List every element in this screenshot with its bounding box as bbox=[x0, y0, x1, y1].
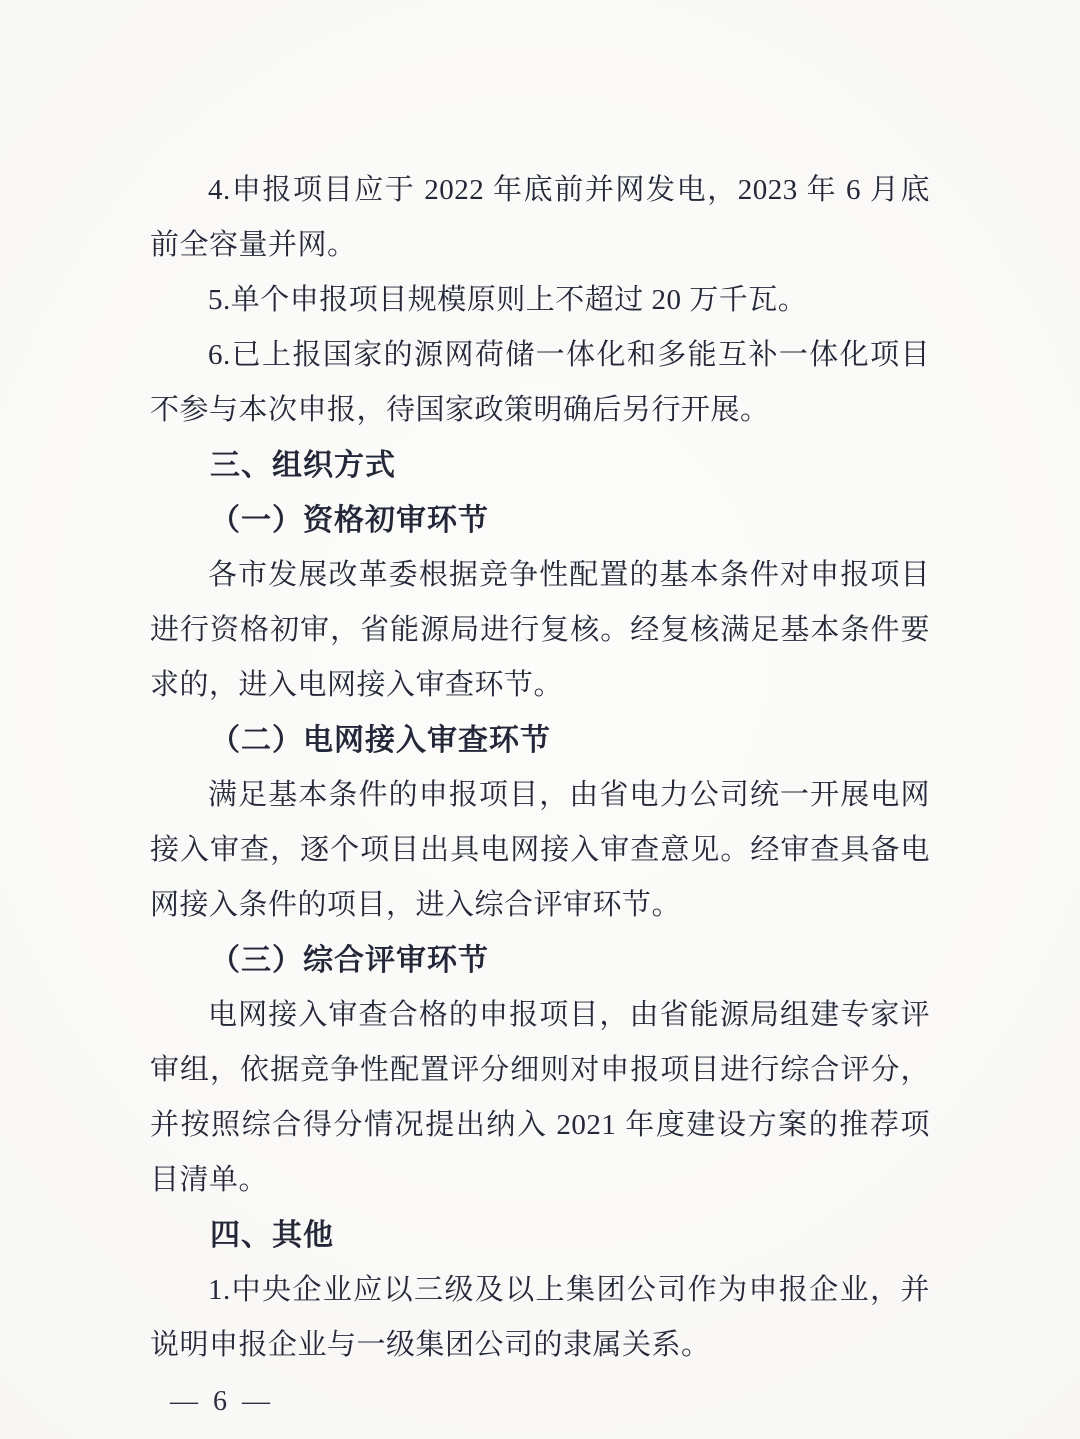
subsection-heading-1-qualification-review: （一）资格初审环节 bbox=[150, 493, 930, 548]
paragraph-item-5: 5.单个申报项目规模原则上不超过 20 万千瓦。 bbox=[150, 273, 930, 328]
section-heading-3-organization: 三、组织方式 bbox=[150, 438, 930, 493]
paragraph-qualification-review: 各市发展改革委根据竞争性配置的基本条件对申报项目进行资格初审，省能源局进行复核。… bbox=[150, 548, 930, 713]
paragraph-item-4: 4.申报项目应于 2022 年底前并网发电，2023 年 6 月底前全容量并网。 bbox=[150, 163, 930, 273]
page-body: 4.申报项目应于 2022 年底前并网发电，2023 年 6 月底前全容量并网。… bbox=[0, 0, 1080, 1419]
paragraph-central-enterprises: 1.中央企业应以三级及以上集团公司作为申报企业，并说明申报企业与一级集团公司的隶… bbox=[150, 1263, 930, 1373]
document-page: 4.申报项目应于 2022 年底前并网发电，2023 年 6 月底前全容量并网。… bbox=[0, 0, 1080, 1439]
subsection-heading-3-comprehensive-evaluation: （三）综合评审环节 bbox=[150, 933, 930, 988]
page-number: — 6 — bbox=[150, 1385, 930, 1419]
paragraph-comprehensive-evaluation: 电网接入审查合格的申报项目，由省能源局组建专家评审组，依据竞争性配置评分细则对申… bbox=[150, 988, 930, 1208]
paragraph-item-6: 6.已上报国家的源网荷储一体化和多能互补一体化项目不参与本次申报，待国家政策明确… bbox=[150, 328, 930, 438]
subsection-heading-2-grid-access-review: （二）电网接入审查环节 bbox=[150, 713, 930, 768]
section-heading-4-others: 四、其他 bbox=[150, 1208, 930, 1263]
paragraph-grid-access-review: 满足基本条件的申报项目，由省电力公司统一开展电网接入审查，逐个项目出具电网接入审… bbox=[150, 768, 930, 933]
